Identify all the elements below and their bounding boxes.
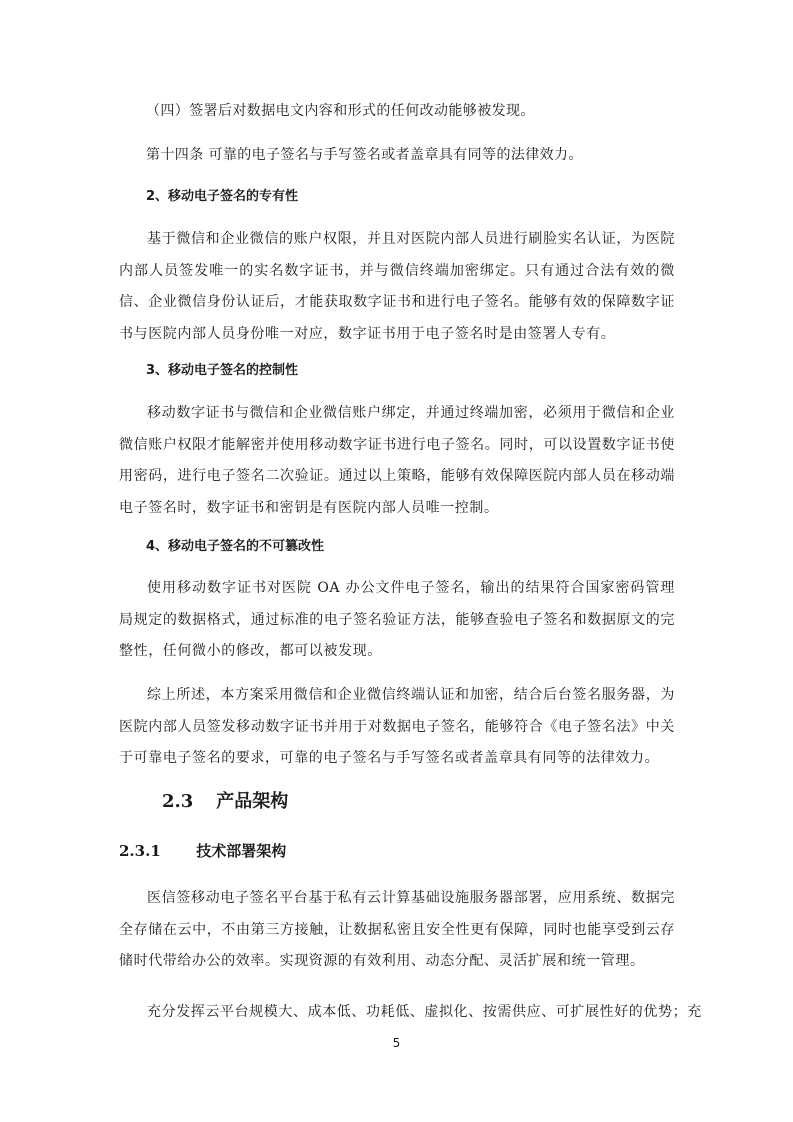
section-heading-tamper-proof: 4、移动电子签名的不可篡改性 bbox=[146, 537, 324, 557]
section-heading-control: 3、移动电子签名的控制性 bbox=[146, 361, 298, 381]
deployment-paragraph: 医信签移动电子签名平台基于私有云计算基础设施服务器部署，应用系统、数据完全存储在… bbox=[119, 883, 675, 978]
document-page: （四）签署后对数据电文内容和形式的任何改动能够被发现。 第十四条 可靠的电子签名… bbox=[0, 0, 793, 1122]
section-body-tamper-proof: 使用移动数字证书对医院 OA 办公文件电子签名，输出的结果符合国家密码管理局规定… bbox=[119, 573, 675, 668]
chapter-number: 2.3 bbox=[162, 790, 210, 814]
article-14-text: 第十四条 可靠的电子签名与手写签名或者盖章具有同等的法律效力。 bbox=[146, 145, 706, 165]
chapter-title: 产品架构 bbox=[216, 791, 288, 812]
subsection-heading: 2.3.1 技术部署架构 bbox=[119, 840, 286, 862]
page-number: 5 bbox=[0, 1036, 793, 1050]
section-body-control: 移动数字证书与微信和企业微信账户绑定，并通过终端加密，必须用于微信和企业微信账户… bbox=[119, 398, 675, 524]
section-heading-exclusivity: 2、移动电子签名的专有性 bbox=[146, 187, 298, 207]
clause-four-text: （四）签署后对数据电文内容和形式的任何改动能够被发现。 bbox=[146, 101, 706, 121]
chapter-heading: 2.3 产品架构 bbox=[162, 790, 288, 814]
summary-paragraph: 综上所述，本方案采用微信和企业微信终端认证和加密，结合后台签名服务器，为医院内部… bbox=[119, 680, 675, 775]
subsection-number: 2.3.1 bbox=[119, 840, 191, 862]
section-body-exclusivity: 基于微信和企业微信的账户权限，并且对医院内部人员进行刷脸实名认证，为医院内部人员… bbox=[119, 224, 675, 350]
advantages-paragraph: 充分发挥云平台规模大、成本低、功耗低、虚拟化、按需供应、可扩展性好的优势；充 bbox=[119, 997, 675, 1029]
subsection-title: 技术部署架构 bbox=[196, 842, 286, 860]
